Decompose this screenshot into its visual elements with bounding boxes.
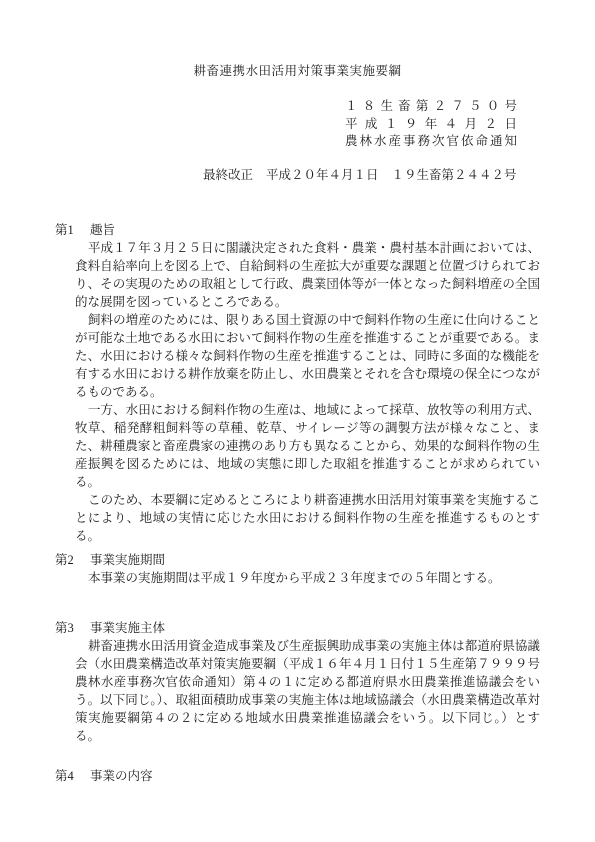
section-1-number: 第1 — [55, 221, 90, 239]
section-2-number: 第2 — [55, 551, 90, 569]
paragraph: 本事業の実施期間は平成１９年度から平成２３年度までの５年間とする。 — [75, 569, 540, 587]
section-4-heading: 第4事業の内容 — [55, 767, 541, 785]
section-2-heading: 第2事業実施期間 — [55, 551, 541, 569]
paragraph: 一方、水田における飼料作物の生産は、地域によって採草、放牧等の利用方式、牧草、稲… — [75, 401, 540, 491]
paragraph: 飼料の増産のためには、限りある国土資源の中で飼料作物の生産に仕向けることが可能な… — [75, 311, 540, 401]
section-3-heading: 第3事業実施主体 — [55, 619, 541, 637]
paragraph: このため、本要綱に定めるところにより耕畜連携水田活用対策事業を実施することにより… — [75, 491, 540, 545]
section-1-body: 平成１７年３月２５日に閣議決定された食料・農業・農村基本計画においては、食料自給… — [75, 239, 540, 545]
document-page: 耕畜連携水田活用対策事業実施要綱 １８生畜第２７５０号 平成１９年４月２日 農林… — [0, 0, 595, 842]
section-2: 第2事業実施期間 本事業の実施期間は平成１９年度から平成２３年度までの５年間とす… — [55, 551, 541, 587]
amendment-line: 最終改正 平成２０年４月１日 １９生畜第２４４２号 — [203, 168, 517, 183]
section-1-title: 趣旨 — [90, 223, 115, 237]
amendment-date: 平成２０年４月１日 — [266, 168, 379, 183]
section-3-title: 事業実施主体 — [90, 621, 165, 635]
section-1: 第1趣旨 平成１７年３月２５日に閣議決定された食料・農業・農村基本計画においては… — [55, 221, 541, 545]
document-title: 耕畜連携水田活用対策事業実施要綱 — [0, 61, 595, 79]
paragraph: 平成１７年３月２５日に閣議決定された食料・農業・農村基本計画においては、食料自給… — [75, 239, 540, 311]
section-2-title: 事業実施期間 — [90, 553, 165, 567]
section-1-heading: 第1趣旨 — [55, 221, 541, 239]
amendment-label: 最終改正 — [203, 168, 253, 183]
section-3-body: 耕畜連携水田活用資金造成事業及び生産振興助成事業の実施主体は都道府県協議会（水田… — [75, 637, 540, 745]
section-3-number: 第3 — [55, 619, 90, 637]
doc-number: １８生畜第２７５０号 — [345, 98, 517, 116]
section-3: 第3事業実施主体 耕畜連携水田活用資金造成事業及び生産振興助成事業の実施主体は都… — [55, 619, 541, 745]
doc-notice-type: 農林水産事務次官依命通知 — [345, 133, 517, 151]
section-4: 第4事業の内容 — [55, 767, 541, 785]
section-4-number: 第4 — [55, 767, 90, 785]
section-2-body: 本事業の実施期間は平成１９年度から平成２３年度までの５年間とする。 — [75, 569, 540, 587]
doc-date: 平成１９年４月２日 — [345, 116, 517, 134]
amendment-number: １９生畜第２４４２号 — [392, 168, 517, 183]
section-4-title: 事業の内容 — [90, 769, 153, 783]
paragraph: 耕畜連携水田活用資金造成事業及び生産振興助成事業の実施主体は都道府県協議会（水田… — [75, 637, 540, 745]
document-header-block: １８生畜第２７５０号 平成１９年４月２日 農林水産事務次官依命通知 — [345, 98, 517, 151]
